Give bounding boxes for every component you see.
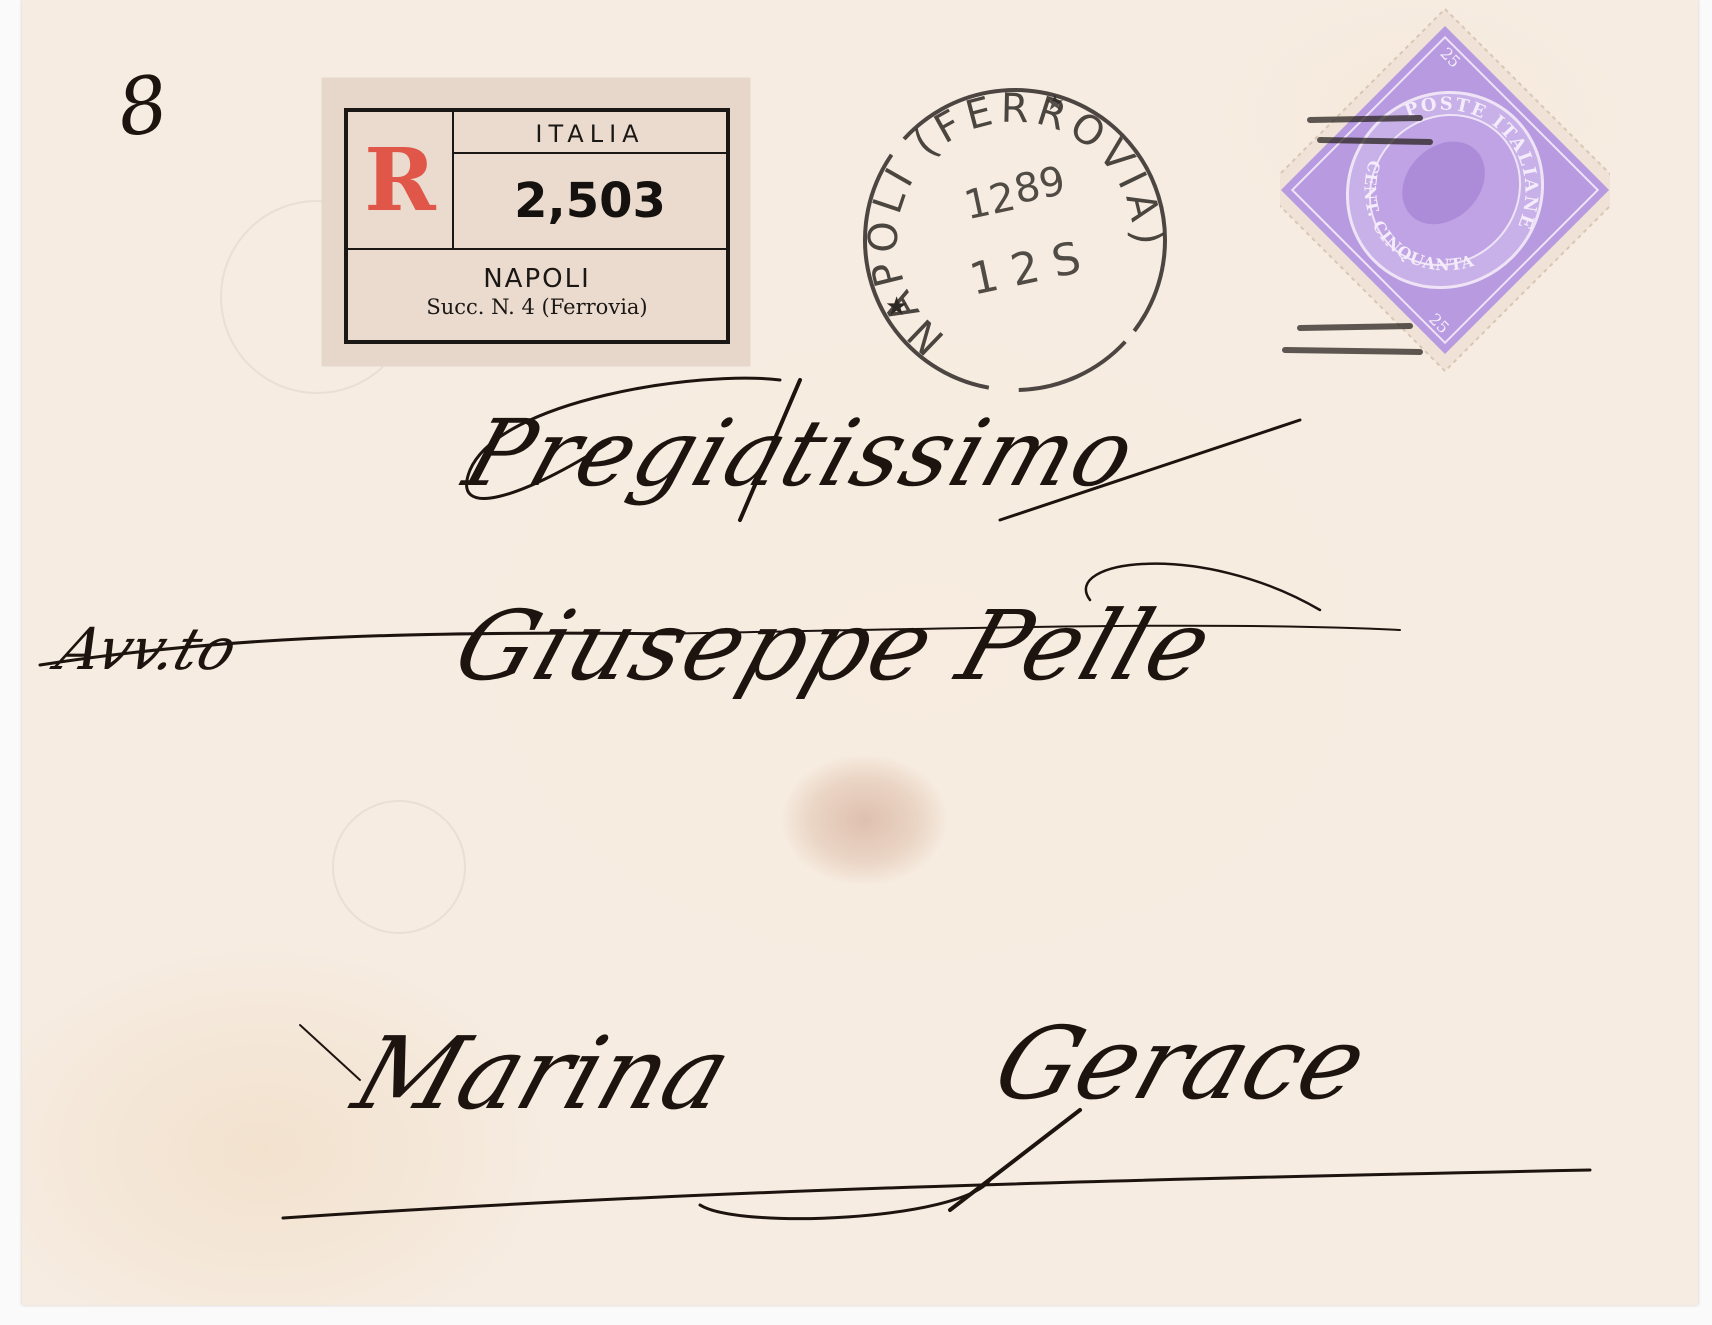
postage-stamp: POSTE ITALIANE CENT. CINQUANTA 25 25 xyxy=(1280,0,1610,390)
address-town-part-1: Marina xyxy=(341,1015,745,1132)
registration-country: ITALIA xyxy=(454,112,726,154)
address-title: Avv.to xyxy=(49,615,246,683)
registration-number: 2,503 xyxy=(454,154,726,248)
postmark-cancel: NAPOLI (FERROVIA) 12 89 1 2 S ★ ★ xyxy=(845,70,1185,410)
registration-office: Succ. N. 4 (Ferrovia) xyxy=(348,294,726,320)
address-name: Giuseppe Pelle xyxy=(442,590,1227,702)
registration-label-frame: R ITALIA 2,503 NAPOLI Succ. N. 4 (Ferrov… xyxy=(344,108,730,344)
postmark-line-2: 89 xyxy=(1010,158,1069,214)
registered-mark: R xyxy=(348,112,454,248)
registration-office-block: NAPOLI Succ. N. 4 (Ferrovia) xyxy=(348,248,726,342)
address-town-part-2: Gerace xyxy=(981,1005,1381,1122)
address-salutation: Pregiatissimo xyxy=(453,400,1150,507)
postmark-line-1: 12 xyxy=(960,174,1019,230)
ink-stain xyxy=(782,755,947,885)
postmark-line-3: 1 2 S xyxy=(965,232,1085,305)
svg-text:NAPOLI (FERROVIA): NAPOLI (FERROVIA) xyxy=(845,70,1185,410)
registration-label: R ITALIA 2,503 NAPOLI Succ. N. 4 (Ferrov… xyxy=(322,78,750,366)
registration-city: NAPOLI xyxy=(348,264,726,294)
faint-impression xyxy=(332,800,466,934)
postmark-ring-text: NAPOLI (FERROVIA) xyxy=(845,70,1185,410)
star-icon: ★ xyxy=(885,292,908,322)
star-icon: ★ xyxy=(1045,91,1065,116)
